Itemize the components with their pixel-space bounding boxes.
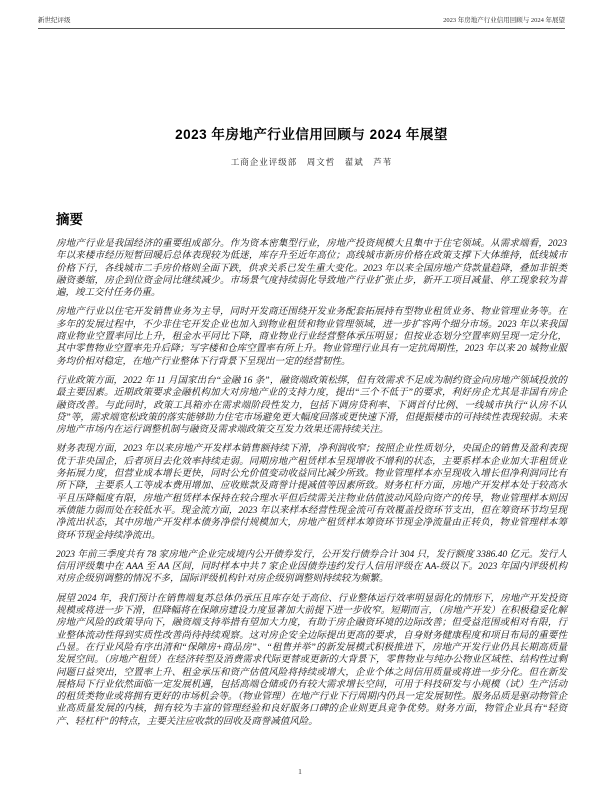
header-right-text: 2023 年房地产行业信用回顾与 2024 年展望 <box>443 15 565 24</box>
abstract-paragraph: 行业政策方面，2022 年 11 月国家出台“金融 16 条”，融资端政策松绑，… <box>56 375 567 436</box>
abstract-paragraph: 房地产行业是我国经济的重要组成部分。作为资本密集型行业，房地产投资规模大且集中于… <box>56 238 567 299</box>
abstract-paragraph: 财务表现方面，2023 年以来房地产开发样本销售额持续下滑，净利润收窄；按照企业… <box>56 443 567 541</box>
header-left-text: 新世纪评级 <box>38 15 71 24</box>
abstract-paragraph: 2023 年前三季度共有 78 家房地产企业完成境内公开债券发行，公开发行债券合… <box>56 549 567 586</box>
page-number: 1 <box>0 767 600 776</box>
document-page: 新世纪评级 2023 年房地产行业信用回顾与 2024 年展望 2023 年房地… <box>0 0 600 800</box>
abstract-paragraphs: 房地产行业是我国经济的重要组成部分。作为资本密集型行业，房地产投资规模大且集中于… <box>56 238 567 728</box>
abstract-heading: 摘要 <box>56 208 567 228</box>
abstract-paragraph: 展望 2024 年，我们预计在销售端复苏总体仍承压且库存处于高位、行业整体运行效… <box>56 593 567 728</box>
page-title: 2023 年房地产行业信用回顾与 2024 年展望 <box>56 123 567 143</box>
page-content: 2023 年房地产行业信用回顾与 2024 年展望 工商企业评级部 周文哲 翟斌… <box>56 27 567 735</box>
abstract-paragraph: 房地产行业以住宅开发销售业务为主导，同时开发商还围绕开发业务配套拓展持有型物业租… <box>56 306 567 367</box>
authors-line: 工商企业评级部 周文哲 翟斌 芦苇 <box>56 156 567 168</box>
